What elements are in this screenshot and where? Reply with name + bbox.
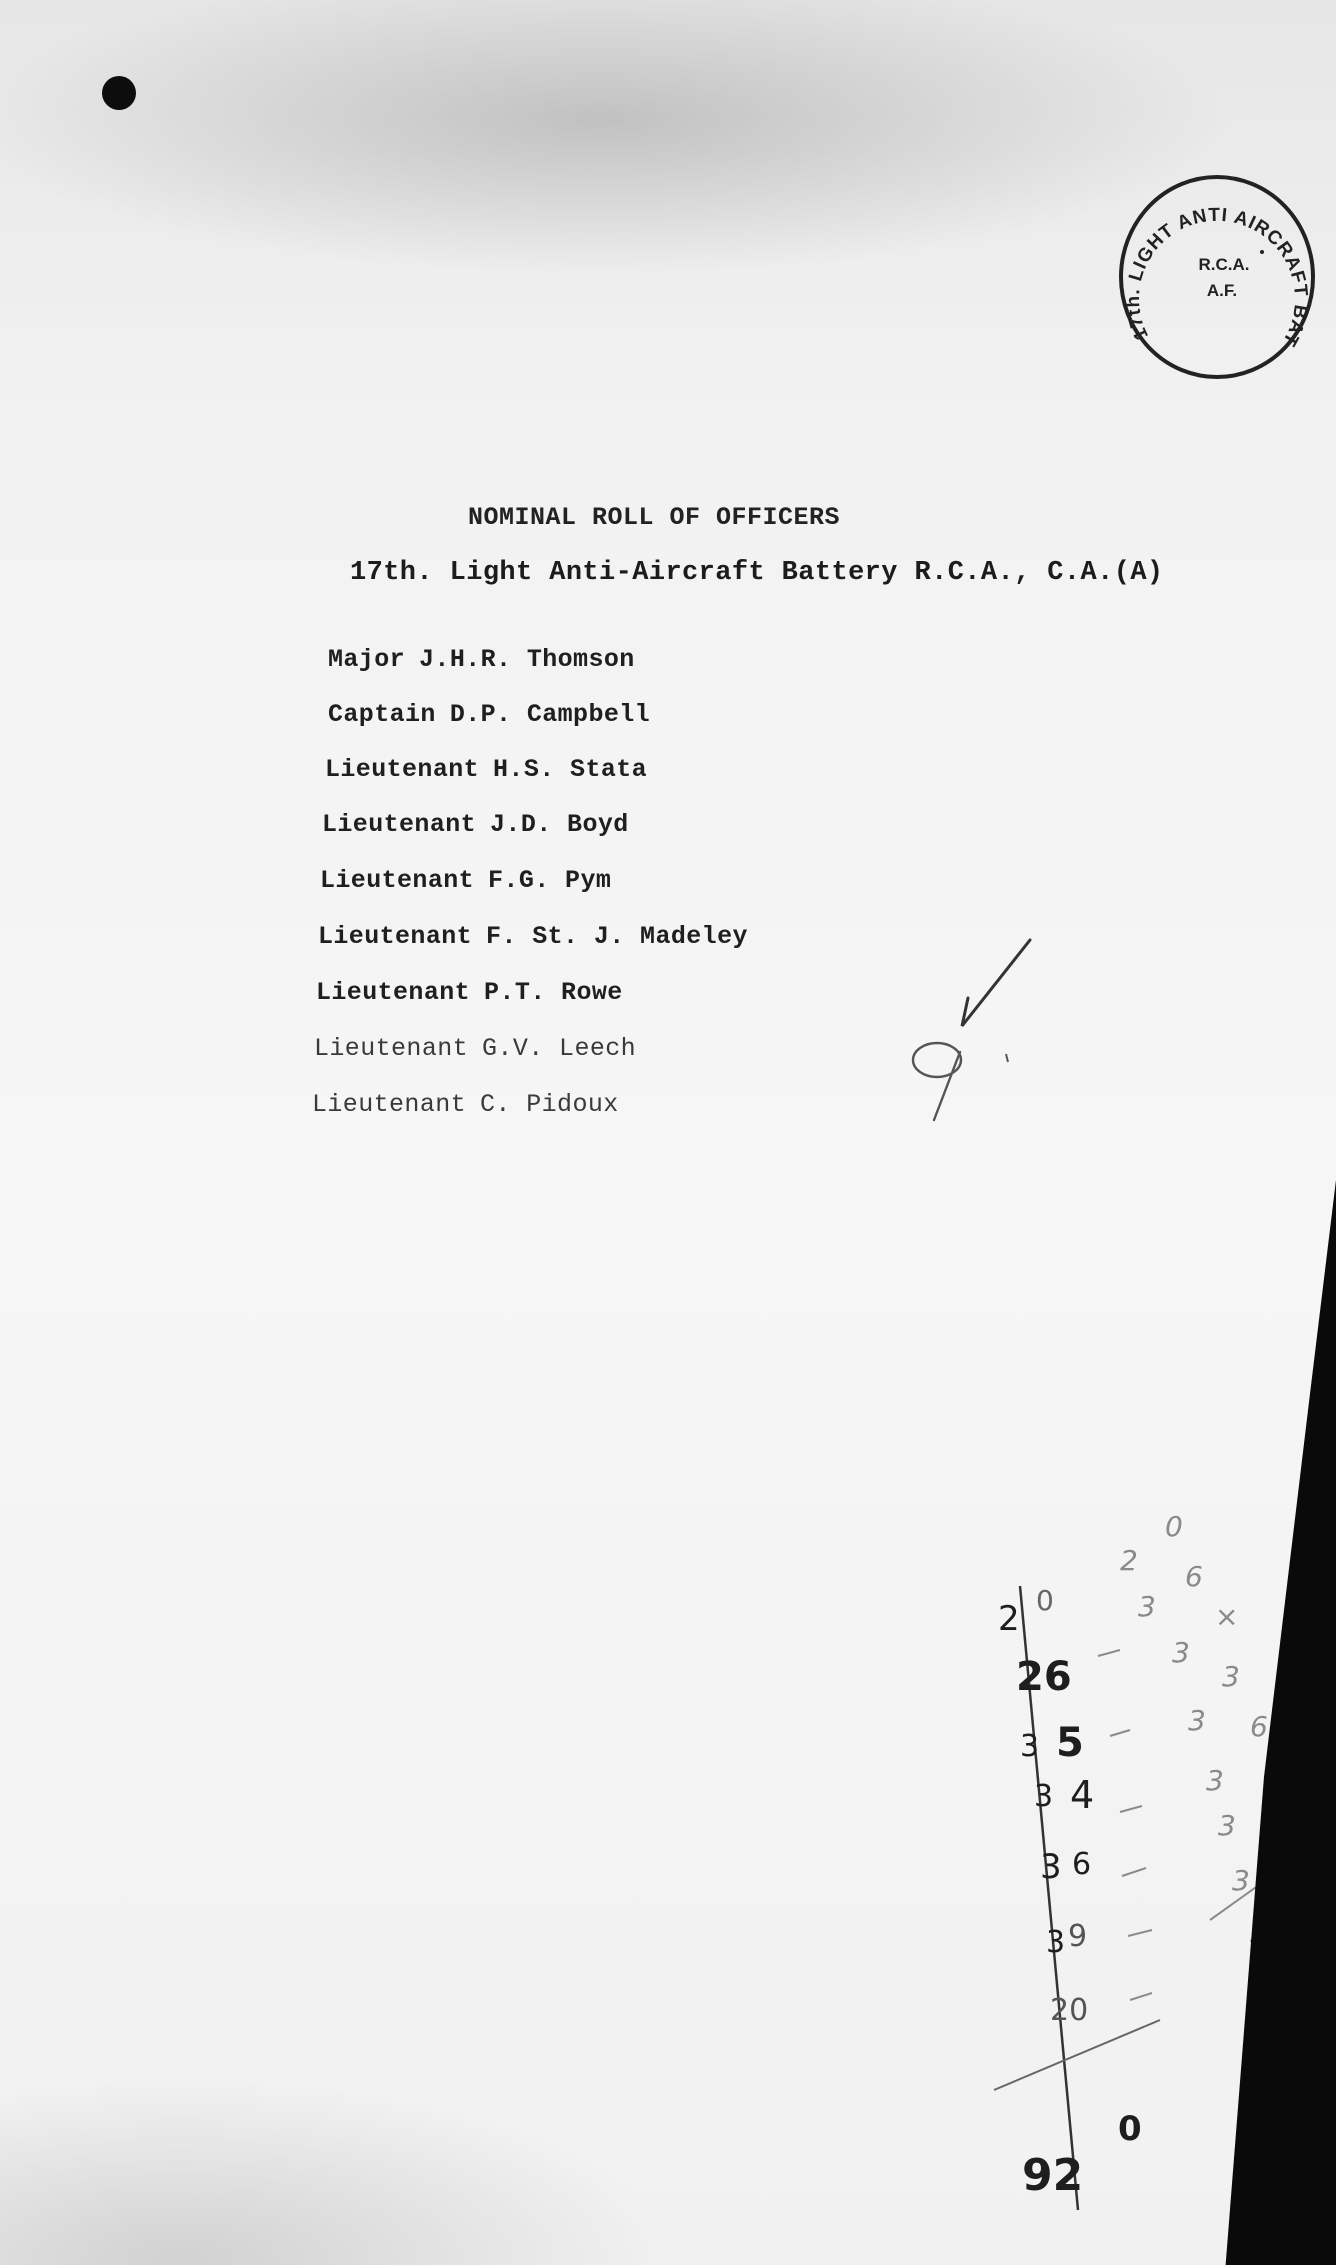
officer-name: F. St. J. Madeley [486, 922, 748, 951]
svg-text:3: 3 [1218, 1809, 1236, 1842]
officer-name: J.D. Boyd [490, 810, 629, 839]
svg-text:0: 0 [1118, 2109, 1142, 2149]
officer-entry: LieutenantG.V. Leech [314, 1034, 636, 1063]
officer-entry: LieutenantF. St. J. Madeley [318, 922, 748, 951]
svg-text:6: 6 [1250, 1710, 1268, 1743]
officer-entry: CaptainD.P. Campbell [328, 700, 650, 729]
officer-entry: LieutenantC. Pidoux [312, 1090, 619, 1119]
svg-text:0: 0 [1036, 1584, 1054, 1617]
officer-rank: Captain [328, 700, 436, 729]
svg-text:20: 20 [1050, 1993, 1088, 2028]
svg-text:26: 26 [1016, 1654, 1072, 1700]
svg-text:3: 3 [1222, 1660, 1240, 1693]
svg-text:2: 2 [1120, 1544, 1138, 1577]
document-subtitle: 17th. Light Anti-Aircraft Battery R.C.A.… [350, 558, 1164, 588]
officer-name: P.T. Rowe [484, 978, 623, 1007]
svg-text:3: 3 [1046, 1925, 1065, 1960]
handwritten-count-mark [880, 920, 1060, 1120]
svg-text:3: 3 [1172, 1636, 1190, 1669]
officer-entry: LieutenantP.T. Rowe [316, 978, 623, 1007]
svg-text:5: 5 [1056, 1720, 1084, 1766]
officer-rank: Lieutenant [316, 978, 470, 1007]
svg-text:3: 3 [1020, 1729, 1039, 1764]
officer-name: G.V. Leech [482, 1034, 636, 1063]
battery-stamp: 17th. LIGHT ANTI AIRCRAFT BATTERY R.C.A.… [1112, 172, 1322, 382]
check-mark-icon [962, 940, 1030, 1026]
svg-text:3: 3 [1138, 1590, 1156, 1623]
svg-text:6: 6 [1072, 1847, 1091, 1882]
officer-name: D.P. Campbell [450, 700, 650, 729]
punch-hole-mark [102, 76, 136, 110]
svg-text:4: 4 [1070, 1773, 1094, 1817]
svg-text:3: 3 [1232, 1864, 1250, 1897]
officer-name: J.H.R. Thomson [419, 645, 635, 674]
officer-rank: Major [328, 645, 405, 674]
svg-text:3: 3 [1188, 1704, 1206, 1737]
officer-entry: MajorJ.H.R. Thomson [328, 645, 635, 674]
stamp-center-line-2: A.F. [1207, 281, 1237, 300]
officer-entry: LieutenantJ.D. Boyd [322, 810, 629, 839]
officer-rank: Lieutenant [314, 1034, 468, 1063]
svg-text:9: 9 [1068, 1919, 1087, 1954]
svg-text:×: × [1215, 1600, 1238, 1633]
stamp-center-line-1: R.C.A. [1199, 255, 1250, 274]
svg-text:0: 0 [1165, 1510, 1183, 1543]
officer-entry: LieutenantF.G. Pym [320, 866, 611, 895]
svg-text:6: 6 [1185, 1560, 1203, 1593]
svg-text:3: 3 [1040, 1847, 1062, 1887]
svg-text:3: 3 [1206, 1764, 1224, 1797]
officer-entry: LieutenantH.S. Stata [325, 755, 647, 784]
document-page: 17th. LIGHT ANTI AIRCRAFT BATTERY R.C.A.… [0, 0, 1336, 2265]
officer-name: H.S. Stata [493, 755, 647, 784]
officer-rank: Lieutenant [320, 866, 474, 895]
officer-rank: Lieutenant [322, 810, 476, 839]
svg-text:92: 92 [1022, 2150, 1083, 2201]
svg-text:2: 2 [998, 1599, 1020, 1639]
document-title: NOMINAL ROLL OF OFFICERS [468, 503, 840, 532]
officer-rank: Lieutenant [325, 755, 479, 784]
officer-rank: Lieutenant [312, 1090, 466, 1119]
officer-name: C. Pidoux [480, 1090, 619, 1119]
officer-rank: Lieutenant [318, 922, 472, 951]
svg-text:3: 3 [1034, 1779, 1053, 1814]
officer-name: F.G. Pym [488, 866, 611, 895]
